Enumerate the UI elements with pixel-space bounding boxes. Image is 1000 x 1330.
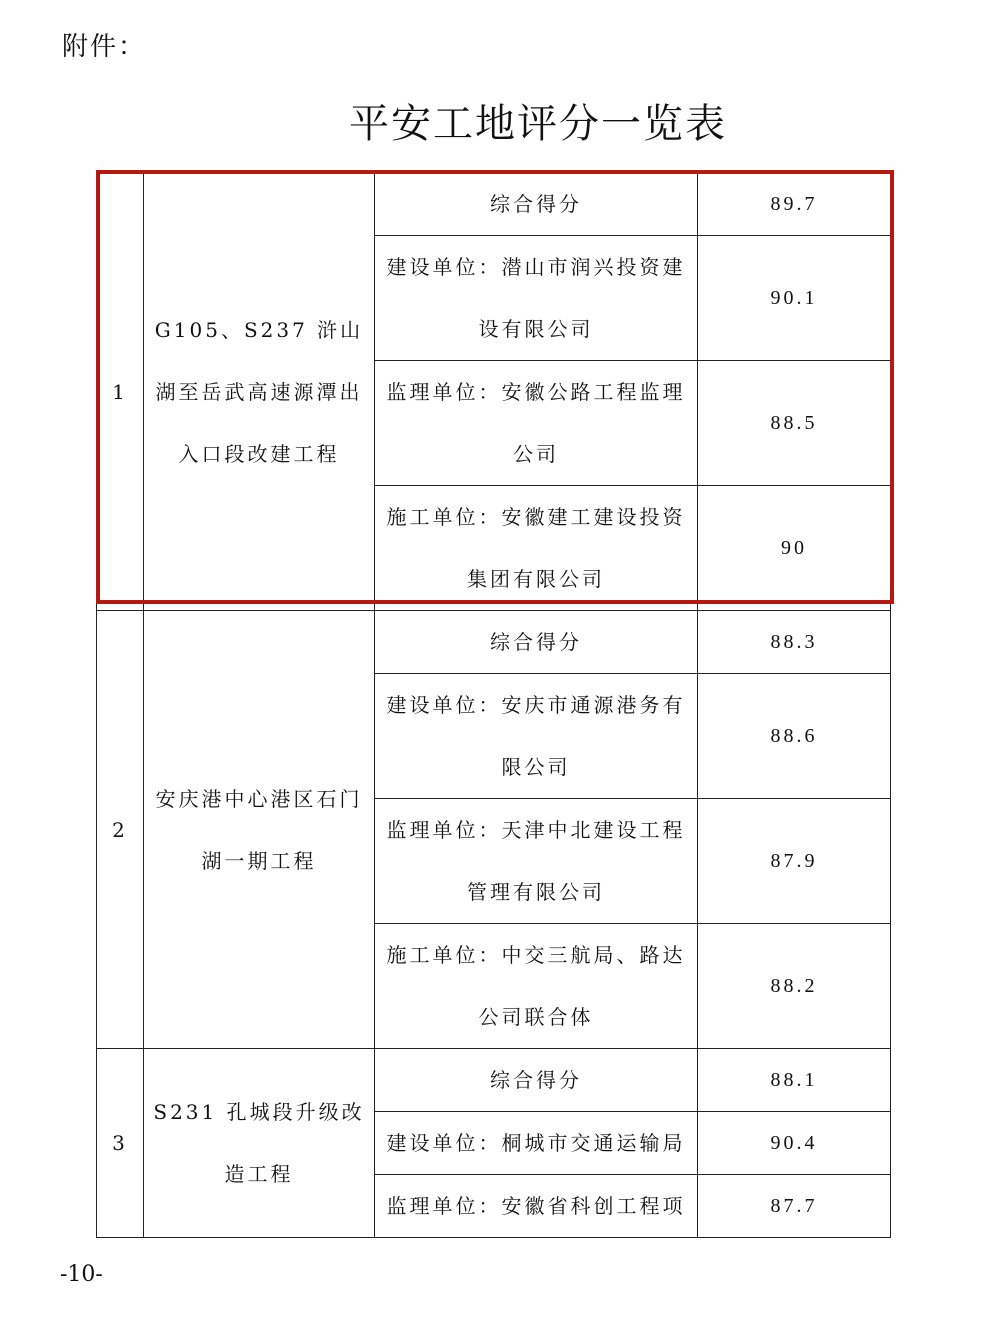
- score-value: 88.6: [698, 674, 891, 799]
- table-row: 2 安庆港中心港区石门湖一期工程 综合得分 88.3: [97, 611, 891, 674]
- score-value: 88.2: [698, 924, 891, 1049]
- score-value: 88.5: [698, 361, 891, 486]
- unit-label: 监理单位：安徽公路工程监理公司: [375, 361, 698, 486]
- score-value: 87.7: [698, 1175, 891, 1238]
- page-number: -10-: [60, 1262, 103, 1287]
- score-table: 1 G105、S237 浒山湖至岳武高速源潭出入口段改建工程 综合得分 89.7…: [96, 172, 891, 1238]
- score-value: 88.1: [698, 1049, 891, 1112]
- unit-label: 建设单位：桐城市交通运输局: [375, 1112, 698, 1175]
- attachment-label: 附件：: [62, 26, 146, 63]
- score-value: 89.7: [698, 173, 891, 236]
- unit-label: 综合得分: [375, 1049, 698, 1112]
- unit-label: 施工单位：中交三航局、路达公司联合体: [375, 924, 698, 1049]
- page-title: 平安工地评分一览表: [0, 92, 1000, 149]
- unit-label: 建设单位：潜山市润兴投资建设有限公司: [375, 236, 698, 361]
- unit-label: 综合得分: [375, 611, 698, 674]
- unit-label: 建设单位：安庆市通源港务有限公司: [375, 674, 698, 799]
- table-row: 1 G105、S237 浒山湖至岳武高速源潭出入口段改建工程 综合得分 89.7: [97, 173, 891, 236]
- project-index: 3: [97, 1049, 144, 1238]
- unit-label: 施工单位：安徽建工建设投资集团有限公司: [375, 486, 698, 611]
- unit-label: 监理单位：安徽省科创工程项: [375, 1175, 698, 1238]
- unit-label: 综合得分: [375, 173, 698, 236]
- score-value: 90.1: [698, 236, 891, 361]
- project-name: 安庆港中心港区石门湖一期工程: [144, 611, 375, 1049]
- table-row: 3 S231 孔城段升级改造工程 综合得分 88.1: [97, 1049, 891, 1112]
- unit-label: 监理单位：天津中北建设工程管理有限公司: [375, 799, 698, 924]
- score-value: 87.9: [698, 799, 891, 924]
- score-value: 90: [698, 486, 891, 611]
- score-value: 90.4: [698, 1112, 891, 1175]
- project-name: G105、S237 浒山湖至岳武高速源潭出入口段改建工程: [144, 173, 375, 611]
- project-index: 2: [97, 611, 144, 1049]
- score-value: 88.3: [698, 611, 891, 674]
- project-index: 1: [97, 173, 144, 611]
- project-name: S231 孔城段升级改造工程: [144, 1049, 375, 1238]
